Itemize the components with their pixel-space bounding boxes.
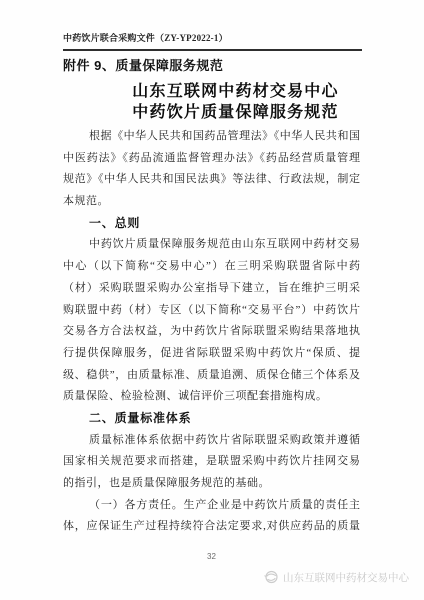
body-line: 本规范。: [63, 191, 360, 213]
document-title-line-1: 山东互联网中药材交易中心: [87, 82, 384, 103]
body-line: 规范》《中华人民共和国民法典》等法律、行政法规，制定: [63, 169, 360, 191]
body-line: 行提供保障服务，促进省际联盟采购中药饮片“保质、提: [63, 343, 360, 365]
body-line: 体，应保证生产过程持续符合法定要求,对供应药品的质量: [63, 516, 360, 538]
body-line: 根据《中华人民共和国药品管理法》《中华人民共和国: [63, 126, 360, 148]
document-page: 中药饮片联合采购文件（ZY-YP2022-1） 附件 9、质量保障服务规范 山东…: [0, 0, 424, 600]
attachment-heading: 附件 9、质量保障服务规范: [63, 55, 223, 74]
page-number: 32: [63, 552, 360, 561]
body-line: 中医药法》《药品流通监督管理办法》《药品经营质量管理: [63, 148, 360, 170]
body-line: 质量保险、检验检测、诚信评价三项配套措施构成。: [63, 386, 360, 408]
document-title: 山东互联网中药材交易中心 中药饮片质量保障服务规范: [87, 82, 384, 123]
section-heading: 一、总则: [63, 213, 360, 235]
body-line: 级、稳供”，由质量标准、质量追溯、质保仓储三个体系及: [63, 365, 360, 387]
body-line: （一）各方责任。生产企业是中药饮片质量的责任主: [63, 495, 360, 517]
body-line: 的指引，也是质量保障服务规范的基础。: [63, 473, 360, 495]
footer-watermark-text: 山东互联网中药材交易中心: [283, 570, 409, 585]
header-divider: [63, 49, 362, 51]
section-heading: 二、质量标准体系: [63, 408, 360, 430]
document-body: 根据《中华人民共和国药品管理法》《中华人民共和国中医药法》《药品流通监督管理办法…: [63, 126, 360, 538]
body-line: 中药饮片质量保障服务规范由山东互联网中药材交易: [63, 234, 360, 256]
document-title-line-2: 中药饮片质量保障服务规范: [87, 103, 384, 124]
body-line: 交易各方合法权益，为中药饮片省际联盟采购结果落地执: [63, 321, 360, 343]
trade-center-logo-icon: [263, 569, 279, 585]
body-line: 国家相关规范要求而搭建，是联盟采购中药饮片挂网交易: [63, 451, 360, 473]
body-line: 中心（以下简称“交易中心”）在三明采购联盟省际中药: [63, 256, 360, 278]
body-line: 质量标准体系依据中药饮片省际联盟采购政策并遵循: [63, 430, 360, 452]
footer-watermark: 山东互联网中药材交易中心: [263, 569, 409, 585]
body-line: （材）采购联盟采购办公室指导下建立，旨在维护三明采: [63, 278, 360, 300]
body-line: 购联盟中药（材）专区（以下简称“交易平台”）中药饮片: [63, 300, 360, 322]
page-header-doc-label: 中药饮片联合采购文件（ZY-YP2022-1）: [63, 31, 228, 44]
